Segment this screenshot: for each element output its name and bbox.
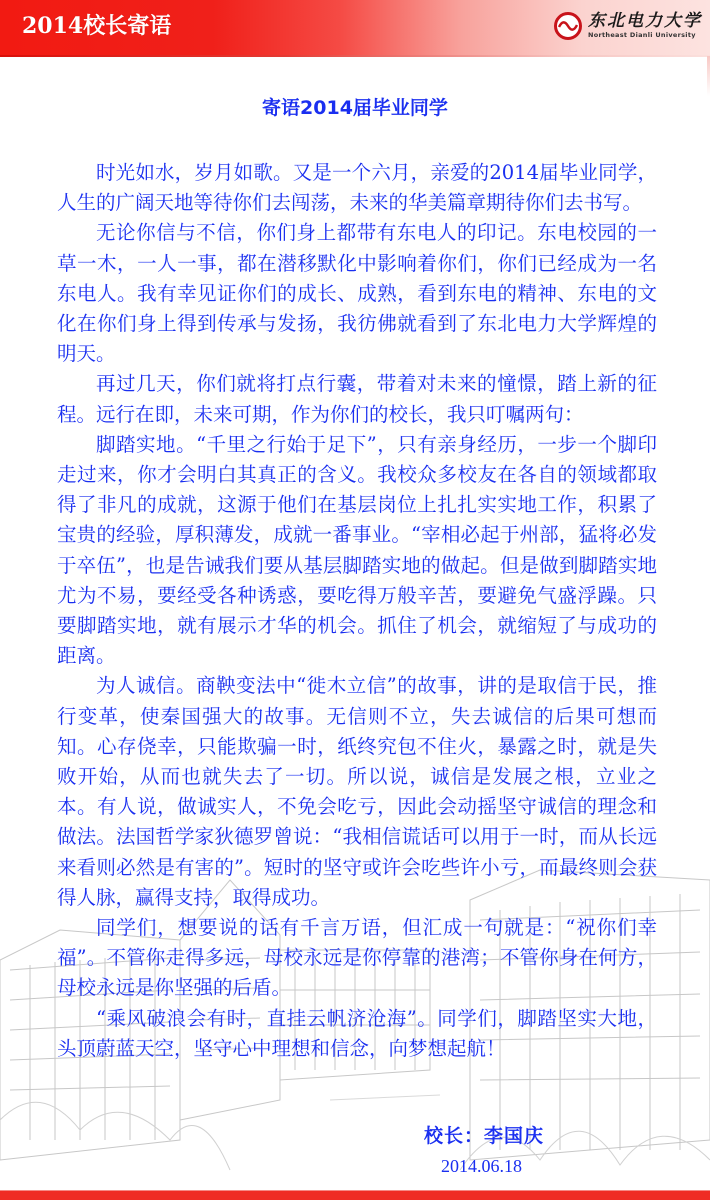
letter-date: 2014.06.18 <box>441 1156 522 1177</box>
paragraph: 脚踏实地。“千里之行始于足下”，只有亲身经历，一步一个脚印走过来，你才会明白其真… <box>57 430 657 672</box>
university-logo: 东北电力大学 Northeast Dianli University <box>554 9 702 43</box>
letter-body: 时光如水，岁月如歌。又是一个六月，亲爱的2014届毕业同学，人生的广阔天地等待你… <box>57 158 657 1064</box>
logo-text: 东北电力大学 Northeast Dianli University <box>588 12 702 40</box>
logo-name-en: Northeast Dianli University <box>588 31 702 40</box>
paragraph: 同学们，想要说的话有千言万语，但汇成一句就是：“祝你们幸福”。不管你走得多远，母… <box>57 913 657 1004</box>
paragraph: 为人诚信。商鞅变法中“徙木立信”的故事，讲的是取信于民，推行变革，使秦国强大的故… <box>57 671 657 913</box>
logo-name-cn: 东北电力大学 <box>588 12 702 31</box>
paragraph: 无论你信与不信，你们身上都带有东电人的印记。东电校园的一草一木，一人一事，都在潜… <box>57 218 657 369</box>
document-title: 寄语2014届毕业同学 <box>0 93 710 120</box>
header-title: 2014校长寄语 <box>22 9 171 40</box>
paragraph: 时光如水，岁月如歌。又是一个六月，亲爱的2014届毕业同学，人生的广阔天地等待你… <box>57 158 657 218</box>
header-banner: 2014校长寄语 东北电力大学 Northeast Dianli Univers… <box>0 0 710 57</box>
university-emblem-icon <box>554 12 582 40</box>
paragraph: “乘风破浪会有时，直挂云帆济沧海”。同学们，脚踏坚实大地，头顶蔚蓝天空，坚守心中… <box>57 1004 657 1064</box>
footer-bar <box>0 1190 710 1200</box>
paragraph: 再过几天，你们就将打点行囊，带着对未来的憧憬，踏上新的征程。远行在即，未来可期，… <box>57 369 657 429</box>
signature: 校长：李国庆 <box>424 1121 544 1148</box>
